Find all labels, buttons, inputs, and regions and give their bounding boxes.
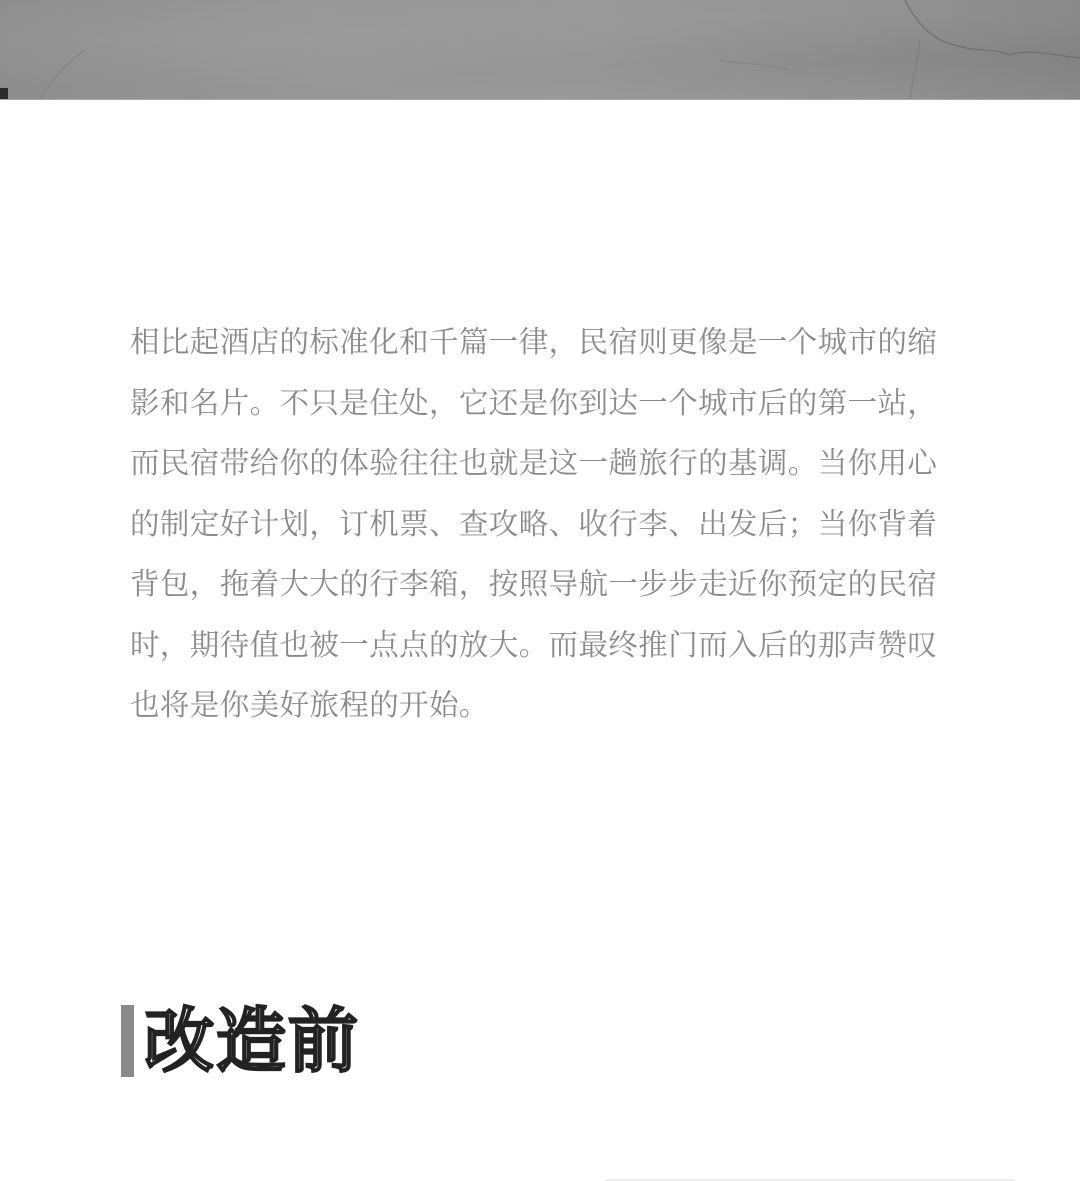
- heading-accent-bar: [121, 1005, 134, 1077]
- paragraph-line: 时，期待值也被一点点的放大。而最终推门而入后的那声赞叹: [130, 615, 970, 676]
- photo-corner-shadow: [0, 88, 8, 99]
- paragraph-line: 影和名片。不只是住处，它还是你到达一个城市后的第一站，: [130, 373, 970, 434]
- paragraph-line: 相比起酒店的标准化和千篇一律，民宿则更像是一个城市的缩: [130, 312, 970, 373]
- section-heading-before: 改造前: [121, 1003, 360, 1079]
- paragraph-line: 而民宿带给你的体验往往也就是这一趟旅行的基调。当你用心: [130, 433, 970, 494]
- paragraph-line: 也将是你美好旅程的开始。: [130, 675, 970, 736]
- section-title: 改造前: [144, 1003, 360, 1079]
- paragraph-line: 背包，拖着大大的行李箱，按照导航一步步走近你预定的民宿: [130, 554, 970, 615]
- article-paragraph: 相比起酒店的标准化和千篇一律，民宿则更像是一个城市的缩 影和名片。不只是住处，它…: [130, 312, 970, 736]
- wall-crack-decoration: [0, 0, 1080, 99]
- hero-wall-photo: [0, 0, 1080, 100]
- paragraph-line: 的制定好计划，订机票、查攻略、收行李、出发后；当你背着: [130, 494, 970, 555]
